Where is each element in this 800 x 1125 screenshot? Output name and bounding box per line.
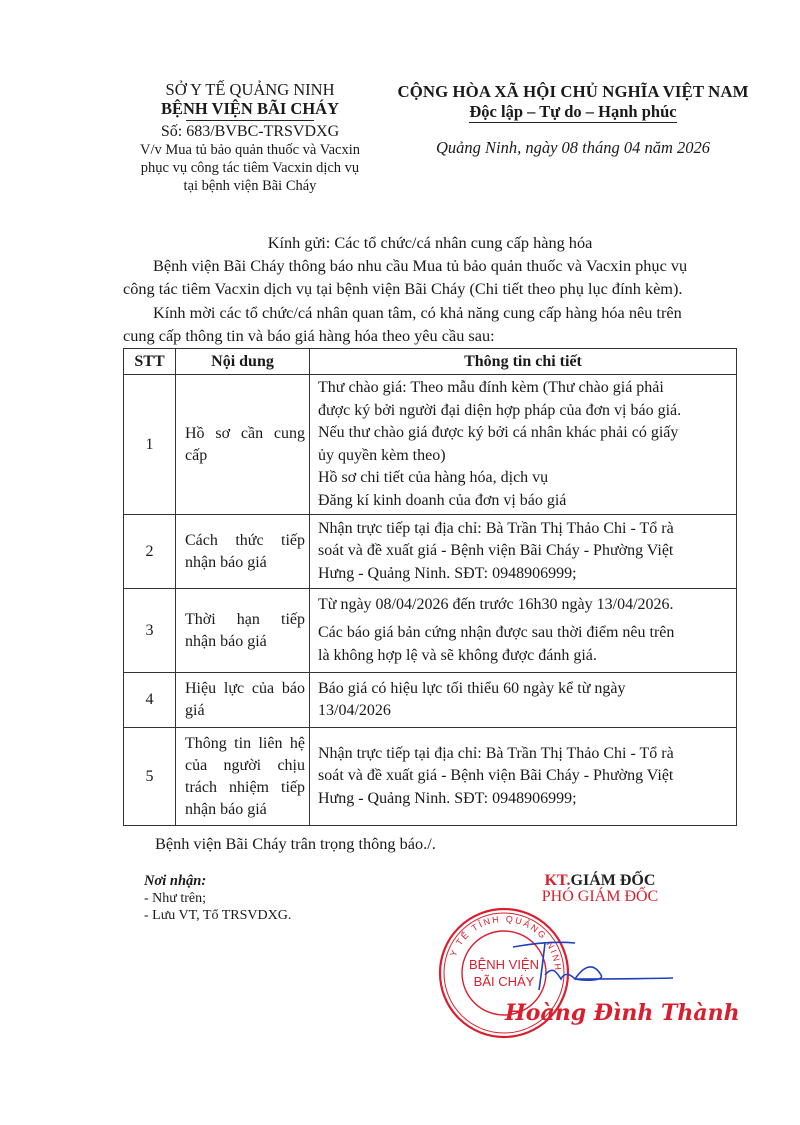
paragraph-1: Bệnh viện Bãi Cháy thông báo nhu cầu Mua… (123, 254, 737, 300)
department-name: SỞ Y TẾ QUẢNG NINH (100, 80, 400, 99)
detail-line: Các báo giá bản cứng nhận được sau thời … (318, 622, 730, 645)
table-header-row: STT Nội dung Thông tin chi tiết (124, 349, 737, 375)
row-details: Nhận trực tiếp tại địa chỉ: Bà Trần Thị … (310, 728, 737, 826)
row-content: Hồ sơ cần cung cấp (176, 375, 310, 515)
row-details: Từ ngày 08/04/2026 đến trước 16h30 ngày … (310, 589, 737, 673)
header-left: SỞ Y TẾ QUẢNG NINH BỆNH VIỆN BÃI CHÁY Số… (100, 80, 400, 195)
column-header-details: Thông tin chi tiết (310, 349, 737, 375)
motto-text: Độc lập – Tự do – Hạnh phúc (469, 102, 676, 123)
handwritten-signature-icon (505, 935, 675, 995)
paragraph-line: Bệnh viện Bãi Cháy thông báo nhu cầu Mua… (123, 254, 737, 277)
table-row: 4Hiệu lực của báo giáBáo giá có hiệu lực… (124, 673, 737, 728)
recipient-item: - Như trên; (144, 890, 291, 907)
detail-line: Hưng - Quảng Ninh. SĐT: 0948906999; (318, 788, 730, 811)
row-number: 3 (124, 589, 176, 673)
table-row: 1Hồ sơ cần cung cấpThư chào giá: Theo mẫ… (124, 375, 737, 515)
recipient-line: Kính gửi: Các tổ chức/cá nhân cung cấp h… (123, 231, 737, 254)
signer-name: Hoàng Đình Thành (505, 1000, 740, 1026)
nation-title: CỘNG HÒA XÃ HỘI CHỦ NGHĨA VIỆT NAM (373, 82, 773, 102)
row-details: Báo giá có hiệu lực tối thiểu 60 ngày kể… (310, 673, 737, 728)
row-content: Cách thức tiếp nhận báo giá (176, 515, 310, 589)
detail-line: Báo giá có hiệu lực tối thiểu 60 ngày kể… (318, 678, 730, 701)
row-number: 1 (124, 375, 176, 515)
detail-line: ủy quyền kèm theo) (318, 445, 730, 468)
subject-line: V/v Mua tủ bảo quản thuốc và Vacxin (100, 141, 400, 159)
signature-block: KT.GIÁM ĐỐC PHÓ GIÁM ĐỐC (500, 872, 700, 906)
row-content: Thông tin liên hệ của người chịu trách n… (176, 728, 310, 826)
row-number: 4 (124, 673, 176, 728)
subject-line: phục vụ công tác tiêm Vacxin dịch vụ (100, 159, 400, 177)
place-date: Quảng Ninh, ngày 08 tháng 04 năm 2026 (373, 138, 773, 158)
document-number: Số: 683/BVBC-TRSVDXG (100, 122, 400, 141)
paragraph-2: Kính mời các tổ chức/cá nhân quan tâm, c… (123, 301, 737, 347)
detail-line: được ký bởi người đại diện hợp pháp của … (318, 400, 730, 423)
detail-line: soát và đề xuất giá - Bệnh viện Bãi Cháy… (318, 765, 730, 788)
signature-role-text: GIÁM ĐỐC (571, 872, 656, 889)
header-divider (186, 120, 314, 121)
detail-line: Từ ngày 08/04/2026 đến trước 16h30 ngày … (318, 594, 730, 617)
row-number: 2 (124, 515, 176, 589)
closing-statement: Bệnh viện Bãi Cháy trân trọng thông báo.… (155, 834, 436, 854)
row-details: Nhận trực tiếp tại địa chỉ: Bà Trần Thị … (310, 515, 737, 589)
table-row: 2Cách thức tiếp nhận báo giáNhận trực ti… (124, 515, 737, 589)
detail-line: Thư chào giá: Theo mẫu đính kèm (Thư chà… (318, 377, 730, 400)
row-content: Thời hạn tiếp nhận báo giá (176, 589, 310, 673)
requirements-table: STT Nội dung Thông tin chi tiết 1Hồ sơ c… (123, 348, 737, 826)
paragraph-line: Kính mời các tổ chức/cá nhân quan tâm, c… (123, 301, 737, 324)
detail-line: Hồ sơ chi tiết của hàng hóa, dịch vụ (318, 467, 730, 490)
row-content: Hiệu lực của báo giá (176, 673, 310, 728)
header-right: CỘNG HÒA XÃ HỘI CHỦ NGHĨA VIỆT NAM Độc l… (373, 82, 773, 158)
detail-line: soát và đề xuất giá - Bệnh viện Bãi Cháy… (318, 540, 730, 563)
subject-line: tại bệnh viện Bãi Cháy (100, 177, 400, 195)
column-header-content: Nội dung (176, 349, 310, 375)
table-row: 5Thông tin liên hệ của người chịu trách … (124, 728, 737, 826)
recipient-item: - Lưu VT, Tổ TRSVDXG. (144, 907, 291, 924)
row-number: 5 (124, 728, 176, 826)
row-details: Thư chào giá: Theo mẫu đính kèm (Thư chà… (310, 375, 737, 515)
paragraph-line: cung cấp thông tin và báo giá hàng hóa t… (123, 324, 737, 347)
detail-line: Nhận trực tiếp tại địa chỉ: Bà Trần Thị … (318, 743, 730, 766)
table-row: 3Thời hạn tiếp nhận báo giáTừ ngày 08/04… (124, 589, 737, 673)
detail-line: Đăng kí kinh doanh của đơn vị báo giá (318, 490, 730, 513)
recipients-block: Nơi nhận: - Như trên; - Lưu VT, Tổ TRSVD… (144, 873, 291, 924)
signature-prefix: KT. (545, 872, 571, 889)
recipient-text: Kính gửi: Các tổ chức/cá nhân cung cấp h… (268, 233, 593, 252)
detail-line: 13/04/2026 (318, 700, 730, 723)
paragraph-line: công tác tiêm Vacxin dịch vụ tại bệnh vi… (123, 277, 737, 300)
detail-line: Nhận trực tiếp tại địa chỉ: Bà Trần Thị … (318, 518, 730, 541)
column-header-stt: STT (124, 349, 176, 375)
detail-line: Hưng - Quảng Ninh. SĐT: 0948906999; (318, 563, 730, 586)
national-motto: Độc lập – Tự do – Hạnh phúc (373, 102, 773, 122)
detail-line: là không hợp lệ và sẽ không được đánh gi… (318, 645, 730, 668)
recipients-title: Nơi nhận: (144, 873, 291, 890)
detail-line: Nếu thư chào giá được ký bởi cá nhân khá… (318, 422, 730, 445)
organization-name: BỆNH VIỆN BÃI CHÁY (100, 99, 400, 118)
